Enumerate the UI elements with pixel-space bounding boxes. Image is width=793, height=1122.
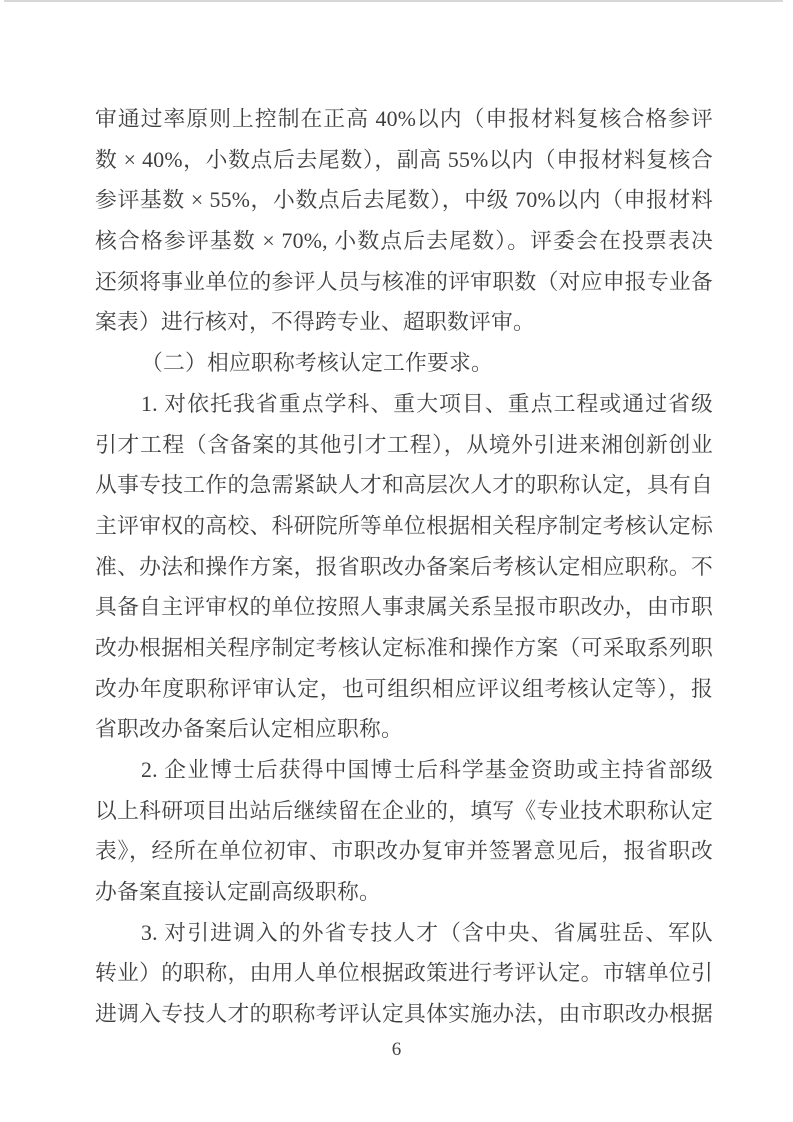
- page-number: 6: [0, 1036, 793, 1064]
- scanned-document-page: { "page": { "background_color": "#ffffff…: [0, 0, 793, 1122]
- text-line: 案表）进行核对，不得跨专业、超职数评审。: [95, 302, 713, 343]
- text-line: 改办年度职称评审认定，也可组织相应评议组考核认定等），报: [95, 669, 713, 710]
- text-line: 具备自主评审权的单位按照人事隶属关系呈报市职改办，由市职: [95, 587, 713, 628]
- paragraph: 1. 对依托我省重点学科、重大项目、重点工程或通过省级 引才工程（含备案的其他引…: [95, 384, 713, 750]
- text-line: 审通过率原则上控制在正高 40%以内（申报材料复核合格参评基: [95, 99, 713, 140]
- text-line: 转业）的职称，由用人单位根据政策进行考评认定。市辖单位引: [95, 953, 713, 994]
- text-line: 数 × 40%，小数点后去尾数），副高 55%以内（申报材料复核合格: [95, 140, 713, 181]
- text-line: 3. 对引进调入的外省专技人才（含中央、省属驻岳、军队: [95, 913, 713, 954]
- text-line: 改办根据相关程序制定考核认定标准和操作方案（可采取系列职: [95, 628, 713, 669]
- text-line: 引才工程（含备案的其他引才工程），从境外引进来湘创新创业: [95, 425, 713, 466]
- text-line: 省职改办备案后认定相应职称。: [95, 709, 713, 750]
- text-line: 2. 企业博士后获得中国博士后科学基金资助或主持省部级: [95, 750, 713, 791]
- text-line: 主评审权的高校、科研院所等单位根据相关程序制定考核认定标: [95, 506, 713, 547]
- text-line: 参评基数 × 55%，小数点后去尾数），中级 70%以内（申报材料复: [95, 180, 713, 221]
- text-line: 还须将事业单位的参评人员与核准的评审职数（对应申报专业备: [95, 262, 713, 303]
- text-line: 进调入专技人才的职称考评认定具体实施办法，由市职改办根据: [95, 994, 713, 1035]
- text-line: 以上科研项目出站后继续留在企业的，填写《专业技术职称认定: [95, 791, 713, 832]
- text-line: 从事专技工作的急需紧缺人才和高层次人才的职称认定，具有自: [95, 465, 713, 506]
- document-text-block: 审通过率原则上控制在正高 40%以内（申报材料复核合格参评基 数 × 40%，小…: [95, 99, 713, 1035]
- text-line: 准、办法和操作方案，报省职改办备案后考核认定相应职称。不: [95, 547, 713, 588]
- text-line: 1. 对依托我省重点学科、重大项目、重点工程或通过省级: [95, 384, 713, 425]
- paragraph: （二）相应职称考核认定工作要求。: [95, 343, 713, 384]
- paragraph: 3. 对引进调入的外省专技人才（含中央、省属驻岳、军队 转业）的职称，由用人单位…: [95, 913, 713, 1035]
- section-heading-line: （二）相应职称考核认定工作要求。: [95, 343, 713, 384]
- text-line: 办备案直接认定副高级职称。: [95, 872, 713, 913]
- paragraph: 2. 企业博士后获得中国博士后科学基金资助或主持省部级 以上科研项目出站后继续留…: [95, 750, 713, 913]
- scan-edge-line: [4, 0, 783, 2]
- text-line: 核合格参评基数 × 70%, 小数点后去尾数）。评委会在投票表决时，: [95, 221, 713, 262]
- text-line: 表》，经所在单位初审、市职改办复审并签署意见后，报省职改: [95, 831, 713, 872]
- paragraph: 审通过率原则上控制在正高 40%以内（申报材料复核合格参评基 数 × 40%，小…: [95, 99, 713, 343]
